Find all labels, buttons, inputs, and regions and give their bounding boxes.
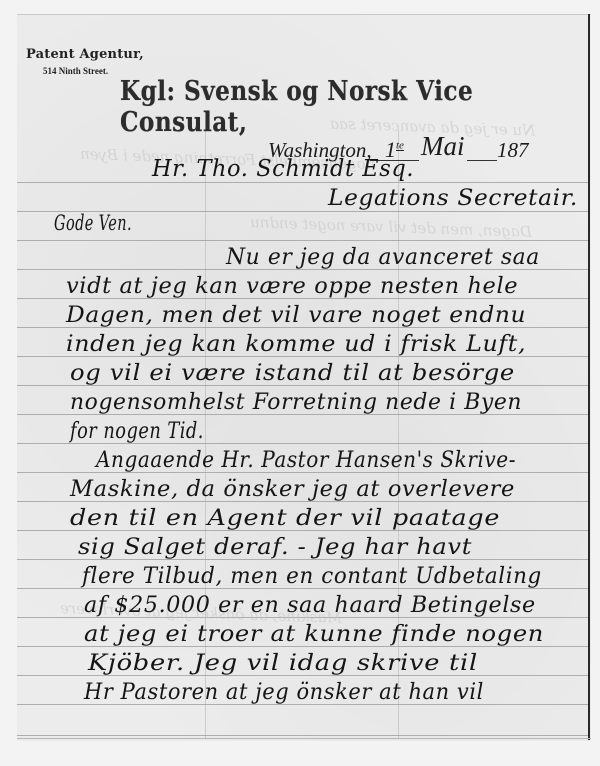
body-line: Dagen, men det vil vare noget endnu bbox=[66, 303, 526, 328]
body-line: flere Tilbud, men en contant Udbetaling bbox=[82, 564, 542, 589]
salutation: Gode Ven. bbox=[54, 211, 132, 235]
addressee-title: Legations Secretair. bbox=[328, 186, 578, 211]
body-line: for nogen Tid. bbox=[70, 419, 204, 444]
body-line: af $25.000 er en saa haard Betingelse bbox=[84, 593, 536, 618]
body-line: Maskine, da önsker jeg at overlevere bbox=[70, 477, 515, 502]
body-line: at jeg ei troer at kunne finde nogen bbox=[84, 622, 544, 647]
body-line: sig Salget deraf. - Jeg har havt bbox=[78, 535, 472, 560]
ruled-line bbox=[17, 735, 588, 736]
addressee-name: Hr. Tho. Schmidt Esq. bbox=[152, 156, 414, 182]
body-line: Angaaende Hr. Pastor Hansen's Skrive- bbox=[96, 448, 516, 473]
body-line: inden jeg kan komme ud i frisk Luft, bbox=[66, 332, 526, 357]
date-month: Mai bbox=[421, 131, 465, 162]
body-line: nogensomhelst Forretning nede i Byen bbox=[70, 390, 522, 415]
body-line: den til en Agent der vil paatage bbox=[70, 506, 500, 531]
paper-edge bbox=[588, 14, 590, 740]
paper-bottom-edge bbox=[17, 738, 591, 739]
date-underline bbox=[467, 160, 497, 161]
body-line: Nu er jeg da avanceret saa bbox=[226, 245, 540, 270]
letterhead-title: Kgl: Svensk og Norsk Vice Consulat, bbox=[120, 76, 533, 138]
body-line: og vil ei være istand til at besörge bbox=[70, 361, 515, 386]
body-line: Kjöber. Jeg vil idag skrive til bbox=[88, 651, 478, 676]
ruled-line bbox=[17, 182, 588, 183]
date-year: 187 bbox=[497, 138, 529, 163]
body-line: vidt at jeg kan være oppe nesten hele bbox=[66, 274, 518, 299]
body-line: Hr Pastoren at jeg önsker at han vil bbox=[84, 680, 484, 705]
agency-address: 514 Ninth Street. bbox=[43, 66, 108, 76]
agency-name: Patent Agentur, bbox=[26, 47, 144, 62]
ruled-line bbox=[17, 240, 588, 241]
